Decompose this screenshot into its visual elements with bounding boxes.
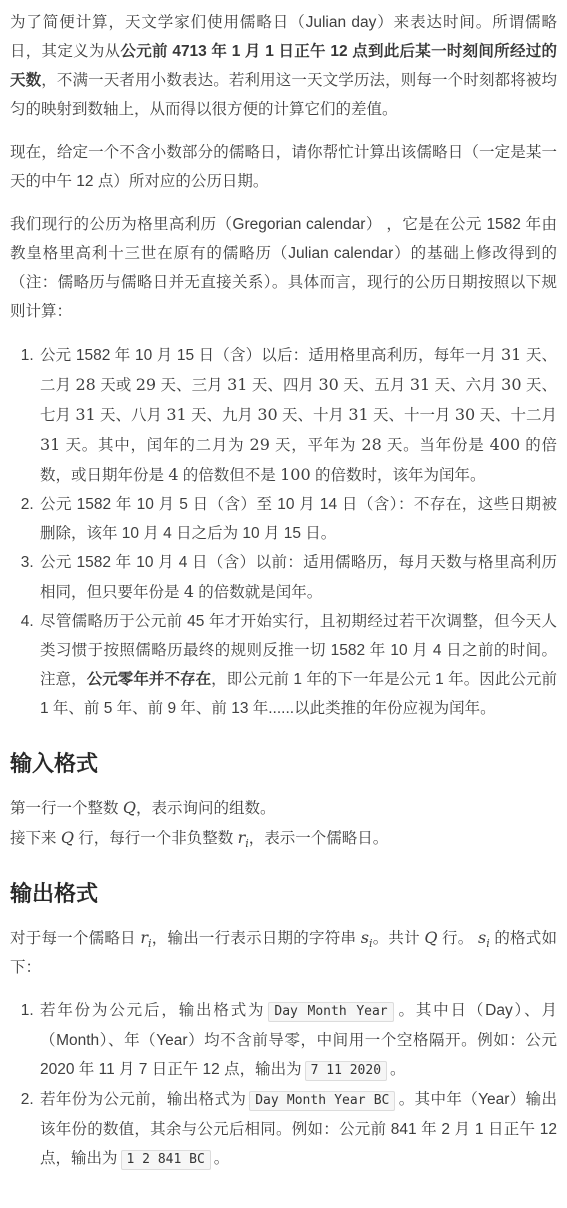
math-number: 31: [166, 405, 186, 424]
math-variable: si: [478, 928, 490, 947]
math-number: 31: [348, 405, 368, 424]
math-number: 31: [501, 345, 521, 364]
bold-text: 公元前 4713 年 1 月 1 日正午 12 点到此后某一时刻间所经过的天数: [10, 43, 557, 89]
math-number: 30: [257, 405, 277, 424]
math-variable: ri: [140, 928, 151, 947]
math-number: 4: [168, 465, 178, 484]
math-number: 30: [318, 375, 338, 394]
rule-item-deleted-dates: 公元 1582 年 10 月 5 日（含）至 10 月 14 日（含）：不存在，…: [38, 490, 557, 548]
math-number: 4: [184, 582, 194, 601]
math-variable: Q: [61, 828, 74, 847]
math-number: 29: [136, 375, 156, 394]
output-rule-item-ad: 若年份为公元后，输出格式为Day Month Year。其中日（Day）、月（M…: [38, 996, 557, 1085]
problem-statement: 为了简便计算，天文学家们使用儒略日（Julian day）来表达时间。所谓儒略日…: [0, 0, 567, 1208]
math-number: 29: [250, 435, 270, 454]
math-variable: si: [361, 928, 373, 947]
math-variable: Q: [424, 928, 437, 947]
output-description: 对于每一个儒略日 ri，输出一行表示日期的字符串 si。共计 Q 行。 si 的…: [10, 923, 557, 982]
intro-paragraph: 为了简便计算，天文学家们使用儒略日（Julian day）来表达时间。所谓儒略日…: [10, 8, 557, 124]
math-variable: Q: [123, 798, 136, 817]
output-rule-item-bc: 若年份为公元前，输出格式为Day Month Year BC。其中年（Year）…: [38, 1085, 557, 1174]
inline-code: 1 2 841 BC: [121, 1150, 211, 1170]
rule-item-gregorian: 公元 1582 年 10 月 15 日（含）以后：适用格里高利历，每年一月 31…: [38, 340, 557, 490]
input-line-1: 第一行一个整数 Q，表示询问的组数。: [10, 793, 557, 823]
calendar-background-paragraph: 我们现行的公历为格里高利历（Gregorian calendar） ，它是在公元…: [10, 210, 557, 326]
inline-code: 7 11 2020: [305, 1061, 387, 1081]
rule-item-julian: 公元 1582 年 10 月 4 日（含）以前：适用儒略历，每月天数与格里高利历…: [38, 548, 557, 607]
math-number: 31: [75, 405, 95, 424]
math-number: 100: [280, 465, 311, 484]
inline-code: Day Month Year: [268, 1002, 393, 1022]
math-number: 30: [455, 405, 475, 424]
calendar-rules-list: 公元 1582 年 10 月 15 日（含）以后：适用格里高利历，每年一月 31…: [10, 340, 557, 723]
output-rules-list: 若年份为公元后，输出格式为Day Month Year。其中日（Day）、月（M…: [10, 996, 557, 1174]
inline-code: Day Month Year BC: [249, 1091, 395, 1111]
input-line-2: 接下来 Q 行，每行一个非负整数 ri，表示一个儒略日。: [10, 823, 557, 853]
math-number: 31: [40, 435, 60, 454]
input-format-heading: 输入格式: [10, 751, 557, 777]
rule-item-year-zero: 尽管儒略历于公元前 45 年才开始实行，且初期经过若干次调整，但今天人类习惯于按…: [38, 607, 557, 723]
math-number: 31: [410, 375, 430, 394]
math-number: 30: [501, 375, 521, 394]
bold-text: 公元零年并不存在: [87, 671, 211, 688]
math-number: 28: [361, 435, 381, 454]
input-description: 第一行一个整数 Q，表示询问的组数。 接下来 Q 行，每行一个非负整数 ri，表…: [10, 793, 557, 853]
math-number: 28: [76, 375, 96, 394]
task-paragraph: 现在，给定一个不含小数部分的儒略日，请你帮忙计算出该儒略日（一定是某一天的中午 …: [10, 138, 557, 196]
math-number: 400: [490, 435, 521, 454]
math-number: 31: [227, 375, 247, 394]
math-variable: ri: [238, 828, 249, 847]
output-format-heading: 输出格式: [10, 881, 557, 907]
